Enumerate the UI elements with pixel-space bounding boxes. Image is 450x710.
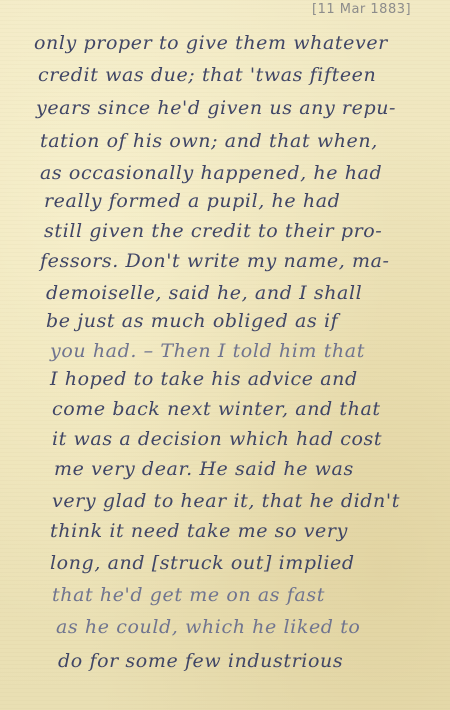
text-line: fessors. Don't write my name, ma-	[40, 250, 390, 272]
archival-date-note: [11 Mar 1883]	[312, 2, 411, 17]
text-line: years since he'd given us any repu-	[36, 97, 396, 119]
text-line: do for some few industrious	[58, 650, 343, 672]
text-line: as he could, which he liked to	[56, 616, 360, 638]
text-line: me very dear. He said he was	[54, 458, 354, 480]
text-line: really formed a pupil, he had	[44, 190, 340, 212]
text-line: credit was due; that 'twas fifteen	[38, 64, 376, 86]
text-line: still given the credit to their pro-	[44, 220, 382, 242]
text-line: I hoped to take his advice and	[50, 368, 358, 390]
text-line: that he'd get me on as fast	[52, 584, 325, 606]
text-line: demoiselle, said he, and I shall	[46, 282, 362, 304]
text-line: come back next winter, and that	[52, 398, 381, 420]
manuscript-page: [11 Mar 1883] only proper to give them w…	[0, 0, 450, 710]
text-line: you had. – Then I told him that	[50, 340, 365, 362]
text-line: think it need take me so very	[50, 520, 348, 542]
text-line: as occasionally happened, he had	[40, 162, 382, 184]
text-line: tation of his own; and that when,	[40, 130, 378, 152]
text-line: it was a decision which had cost	[52, 428, 382, 450]
text-line: very glad to hear it, that he didn't	[52, 490, 400, 512]
text-line: long, and [struck out] implied	[50, 552, 355, 574]
text-line: be just as much obliged as if	[46, 310, 338, 332]
text-line: only proper to give them whatever	[34, 32, 388, 54]
